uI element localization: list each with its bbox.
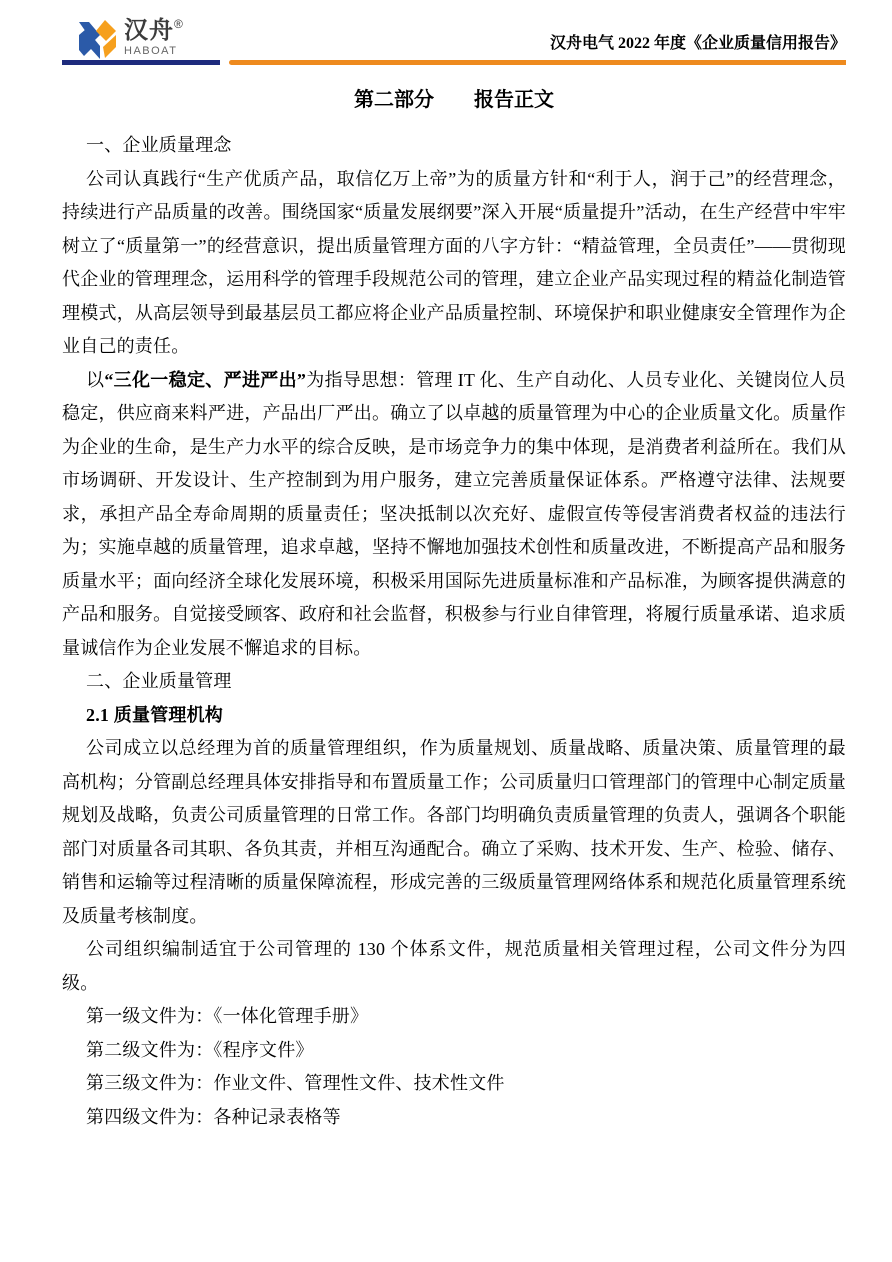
subsection-2-1-heading: 2.1 质量管理机构 xyxy=(62,699,846,733)
header-doc-title: 汉舟电气 2022 年度《企业质量信用报告》 xyxy=(550,30,846,60)
haboat-logo-icon xyxy=(77,18,117,60)
report-body: 第二部分 报告正文 一、企业质量理念 公司认真践行“生产优质产品，取信亿万上帝”… xyxy=(62,88,846,1134)
section-2-heading: 二、企业质量管理 xyxy=(62,665,846,699)
registered-trademark-symbol: ® xyxy=(174,17,184,31)
company-logo: 汉舟® HABOAT xyxy=(77,1,184,60)
divider-orange-segment xyxy=(229,60,846,65)
paragraph-2-rest: 为指导思想：管理 IT 化、生产自动化、人员专业化、关键岗位人员稳定，供应商来料… xyxy=(62,370,846,658)
logo-cn-characters: 汉舟 xyxy=(124,17,174,44)
report-page: 汉舟® HABOAT 汉舟电气 2022 年度《企业质量信用报告》 第二部分 报… xyxy=(0,0,892,1262)
logo-name-cn: 汉舟® xyxy=(124,18,184,43)
quality-philosophy-paragraph-1: 公司认真践行“生产优质产品，取信亿万上帝”为的质量方针和“利于人，润于己”的经营… xyxy=(62,163,846,364)
section-1-heading: 一、企业质量理念 xyxy=(62,129,846,163)
logo-name-en: HABOAT xyxy=(124,46,184,57)
doc-level-1-item: 第一级文件为：《一体化管理手册》 xyxy=(62,1000,846,1034)
divider-gap xyxy=(220,60,229,65)
paragraph-2-bold-motto: “三化一稳定、严进严出” xyxy=(104,370,306,390)
quality-org-paragraph: 公司成立以总经理为首的质量管理组织，作为质量规划、质量战略、质量决策、质量管理的… xyxy=(62,732,846,933)
logo-text: 汉舟® HABOAT xyxy=(124,18,184,57)
quality-philosophy-paragraph-2: 以“三化一稳定、严进严出”为指导思想：管理 IT 化、生产自动化、人员专业化、关… xyxy=(62,364,846,666)
divider-navy-segment xyxy=(62,60,220,65)
system-documents-paragraph: 公司组织编制适宜于公司管理的 130 个体系文件，规范质量相关管理过程，公司文件… xyxy=(62,933,846,1000)
doc-level-4-item: 第四级文件为：各种记录表格等 xyxy=(62,1101,846,1135)
doc-level-3-item: 第三级文件为：作业文件、管理性文件、技术性文件 xyxy=(62,1067,846,1101)
doc-level-2-item: 第二级文件为：《程序文件》 xyxy=(62,1034,846,1068)
page-header: 汉舟® HABOAT 汉舟电气 2022 年度《企业质量信用报告》 xyxy=(62,0,846,60)
page-title: 第二部分 报告正文 xyxy=(62,88,846,112)
paragraph-2-prefix: 以 xyxy=(86,370,104,390)
header-divider xyxy=(62,60,846,65)
